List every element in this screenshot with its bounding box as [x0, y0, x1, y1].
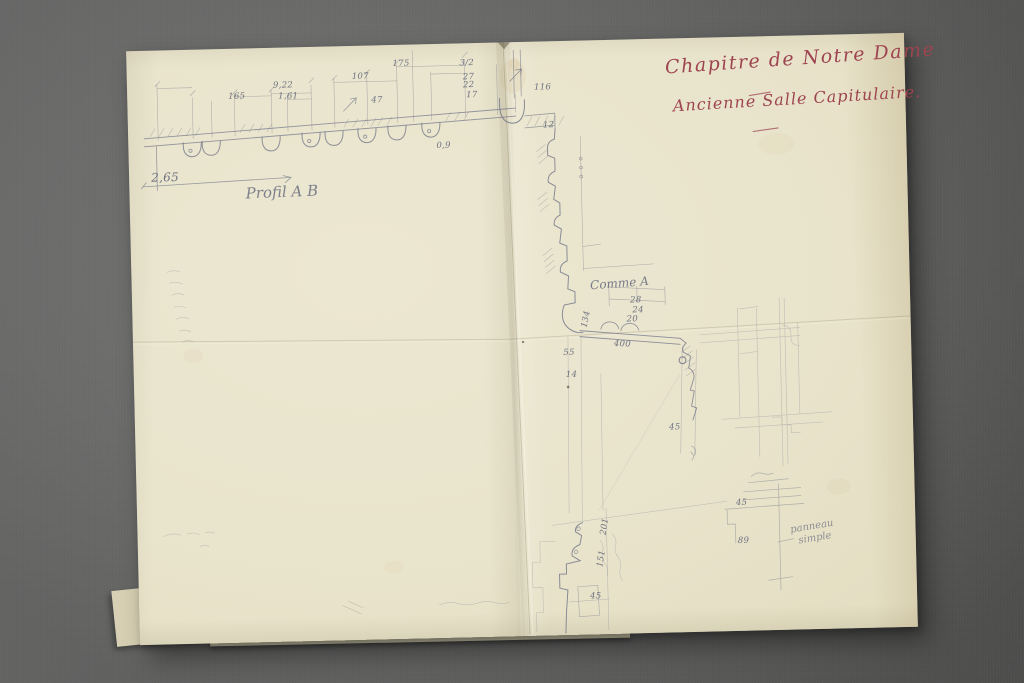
plan-sketch — [699, 297, 833, 468]
bifolium-sheet: Chapitre de Notre Dame Ancienne Salle Ca… — [126, 33, 918, 645]
measurement-label: 47 — [371, 95, 383, 105]
pencil-sketch-layer — [126, 33, 918, 645]
measurement-label: 400 — [614, 339, 632, 350]
measurement-label: 12 — [543, 120, 555, 130]
measurement-label: 175 — [392, 59, 409, 69]
measurement-label: 45 — [590, 591, 602, 601]
photo-of-archival-drawing: Chapitre de Notre Dame Ancienne Salle Ca… — [0, 0, 1024, 683]
paper-stains — [176, 49, 852, 578]
caption-profil-ab: Profil A B — [245, 182, 318, 203]
profil-ab-sketch — [138, 48, 524, 191]
measurement-label: 3/2 — [459, 58, 474, 68]
measurement-label: 22 — [463, 80, 475, 90]
measurement-label: 2,65 — [151, 170, 179, 185]
measurement-label: 0,9 — [436, 141, 451, 151]
measurement-label: 116 — [534, 82, 551, 92]
measurement-label: 9,22 — [273, 80, 293, 90]
measurement-label: 107 — [352, 72, 369, 82]
measurement-label: 89 — [738, 536, 750, 546]
measurement-label: 28 — [630, 295, 642, 305]
measurement-label: 17 — [466, 90, 478, 100]
measurement-label: 45 — [736, 498, 748, 508]
faint-scribbles — [157, 260, 624, 612]
measurement-label: 45 — [669, 422, 681, 432]
measurement-label: 55 — [563, 348, 575, 358]
measurement-label: 14 — [566, 370, 578, 380]
measurement-label: 165 — [228, 91, 245, 101]
measurement-label: 1,61 — [278, 91, 298, 101]
measurement-label: 20 — [626, 314, 638, 324]
